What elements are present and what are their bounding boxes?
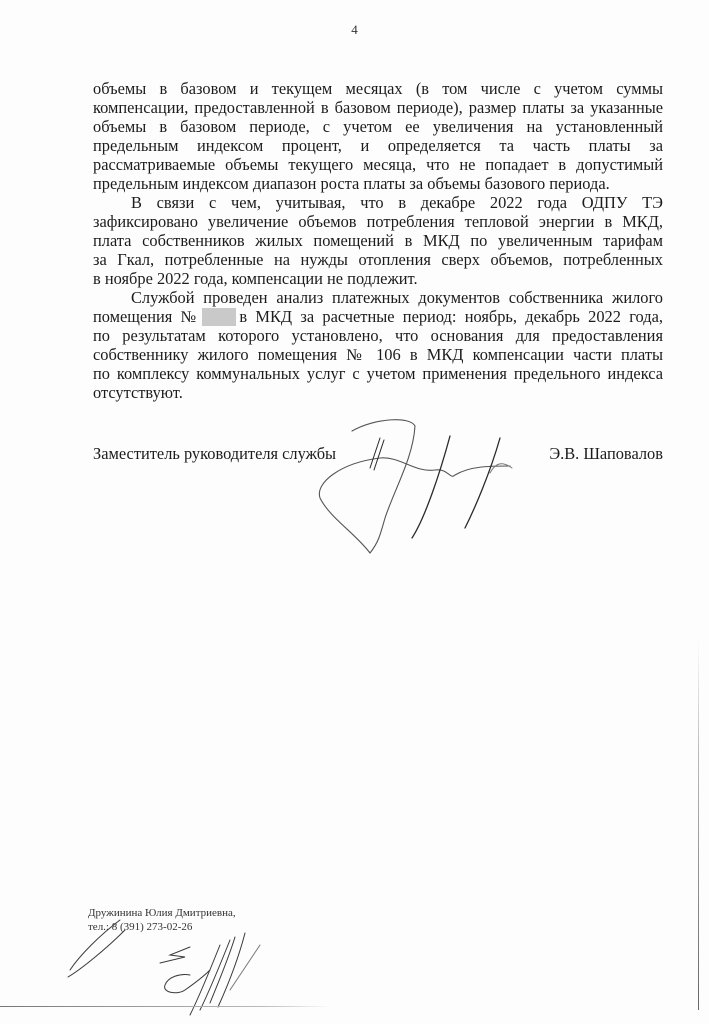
redaction-box-icon [202, 308, 236, 326]
text-line: плата собственников жилых помещений в МК… [93, 231, 663, 250]
paragraph-december-increase: В связи с чем, учитывая, что в декабре 2… [93, 193, 663, 288]
text-line: компенсации, предоставленной в базовом п… [93, 98, 663, 117]
text-fragment: в МКД за расчетные период: ноябрь, декаб… [239, 307, 663, 326]
text-line: рассматриваемые объемы текущего месяца, … [93, 155, 663, 174]
text-line: собственнику жилого помещения № 106 в МК… [93, 345, 663, 364]
page-number: 4 [0, 22, 709, 38]
text-fragment: помещения № [93, 307, 200, 326]
text-line: по результатам которого установлено, что… [93, 326, 663, 345]
text-line: за Гкал, потребленные на нужды отопления… [93, 250, 663, 269]
handwritten-initials-icon [60, 915, 280, 1024]
document-page: 4 объемы в базовом и текущем месяцах (в … [0, 0, 709, 1024]
text-line: Службой проведен анализ платежных докуме… [93, 288, 663, 307]
text-line: предельным индексом диапазон роста платы… [93, 174, 663, 193]
document-body: объемы в базовом и текущем месяцах (в то… [93, 79, 663, 402]
paragraph-compensation-method: объемы в базовом и текущем месяцах (в то… [93, 79, 663, 193]
paragraph-analysis-result: Службой проведен анализ платежных докуме… [93, 288, 663, 402]
text-line: в ноябре 2022 года, компенсации не подле… [93, 269, 663, 288]
handwritten-signature-icon [300, 418, 530, 568]
text-line-with-redaction: помещения №в МКД за расчетные период: но… [93, 307, 663, 326]
text-line: по комплексу коммунальных услуг с учетом… [93, 364, 663, 383]
text-line: объемы в базовом и текущем месяцах (в то… [93, 79, 663, 98]
text-line: предельным индексом процент, и определяе… [93, 136, 663, 155]
text-line: зафиксировано увеличение объемов потребл… [93, 212, 663, 231]
scan-edge-line [0, 1006, 330, 1007]
text-line: отсутствуют. [93, 383, 663, 402]
signer-name: Э.В. Шаповалов [549, 444, 663, 464]
text-line: объемы в базовом периоде, с учетом ее ув… [93, 117, 663, 136]
text-line: В связи с чем, учитывая, что в декабре 2… [93, 193, 663, 212]
scan-edge-line [698, 640, 699, 1010]
